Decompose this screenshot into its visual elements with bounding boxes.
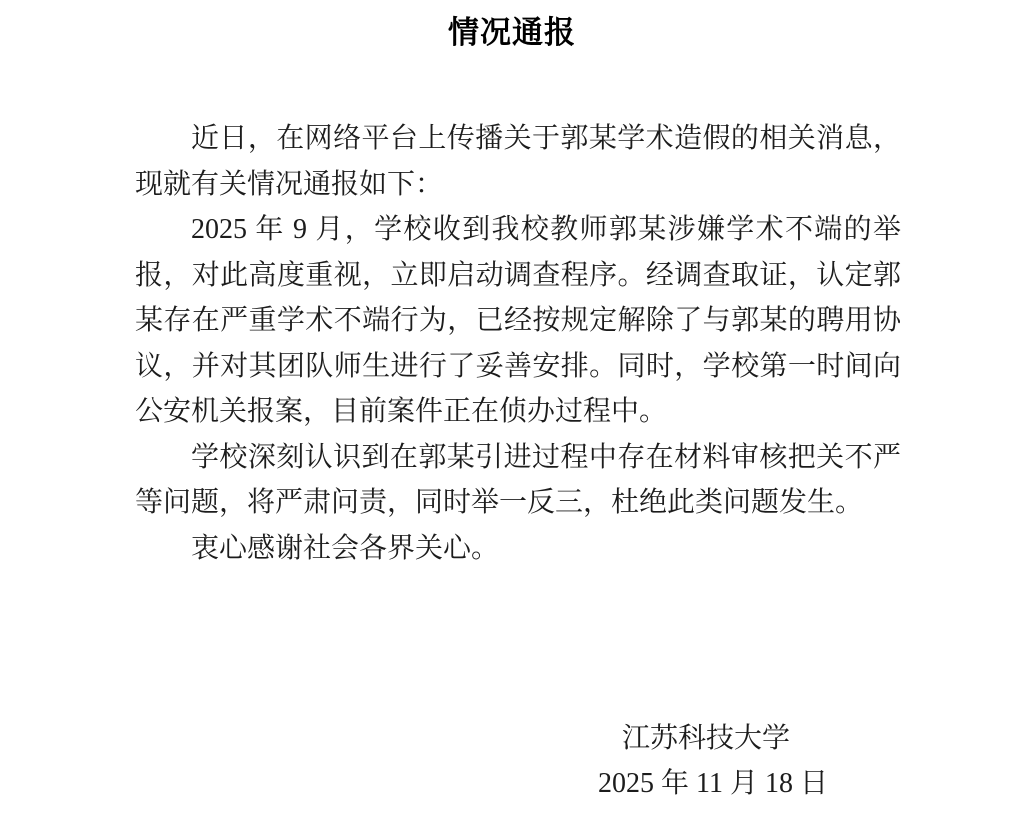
paragraph: 2025 年 9 月，学校收到我校教师郭某涉嫌学术不端的举报，对此高度重视，立即…	[135, 207, 901, 435]
paragraph: 衷心感谢社会各界关心。	[135, 526, 901, 572]
signature-org: 江苏科技大学	[0, 716, 1024, 761]
paragraph: 学校深刻认识到在郭某引进过程中存在材料审核把关不严等问题，将严肃问责，同时举一反…	[135, 435, 901, 526]
signature-date: 2025 年 11 月 18 日	[0, 761, 1024, 806]
document-title: 情况通报	[0, 12, 1024, 54]
document-body: 近日，在网络平台上传播关于郭某学术造假的相关消息，现就有关情况通报如下：2025…	[135, 116, 901, 571]
notice-document: 情况通报 近日，在网络平台上传播关于郭某学术造假的相关消息，现就有关情况通报如下…	[0, 0, 1024, 815]
signature-block: 江苏科技大学 2025 年 11 月 18 日	[0, 716, 1024, 806]
paragraph: 近日，在网络平台上传播关于郭某学术造假的相关消息，现就有关情况通报如下：	[135, 116, 901, 207]
